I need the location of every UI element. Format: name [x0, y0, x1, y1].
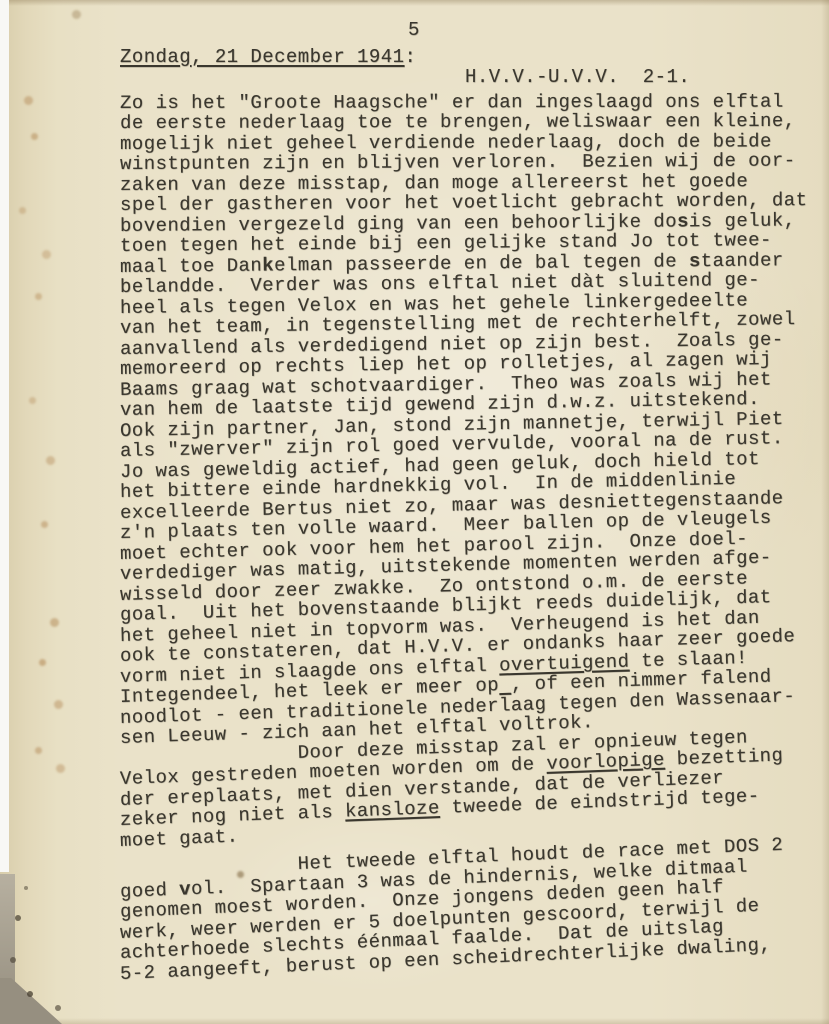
- underlined-text: [499, 674, 512, 696]
- text-segment: moet gaat.: [120, 825, 239, 852]
- overstruck-letter: s: [689, 250, 701, 272]
- page-number: 5: [120, 20, 811, 41]
- date-heading: Zondag, 21 December 1941:: [120, 47, 811, 68]
- paper-right-edge: [821, 0, 829, 1024]
- paper-top-edge: [0, 0, 829, 6]
- match-title: H.V.V.-U.V.V. 2-1.: [120, 67, 811, 88]
- typewritten-content: 5 Zondag, 21 December 1941: H.V.V.-U.V.V…: [120, 20, 811, 984]
- edge-specks: [0, 0, 4, 4]
- overstruck-letter: s: [677, 210, 689, 232]
- scan-left-margin: [0, 0, 9, 872]
- underlined-text: Zondag, 21 December 1941: [120, 46, 404, 68]
- overstruck-letter: v: [179, 878, 192, 900]
- overstruck-letter: k: [262, 254, 274, 276]
- scanned-page: 5 Zondag, 21 December 1941: H.V.V.-U.V.V…: [0, 0, 829, 1024]
- body-text: Zo is het "Groote Haagsche" er dan inges…: [120, 93, 811, 985]
- text-segment: :: [404, 46, 416, 68]
- paper-bottom-edge: [0, 1018, 829, 1024]
